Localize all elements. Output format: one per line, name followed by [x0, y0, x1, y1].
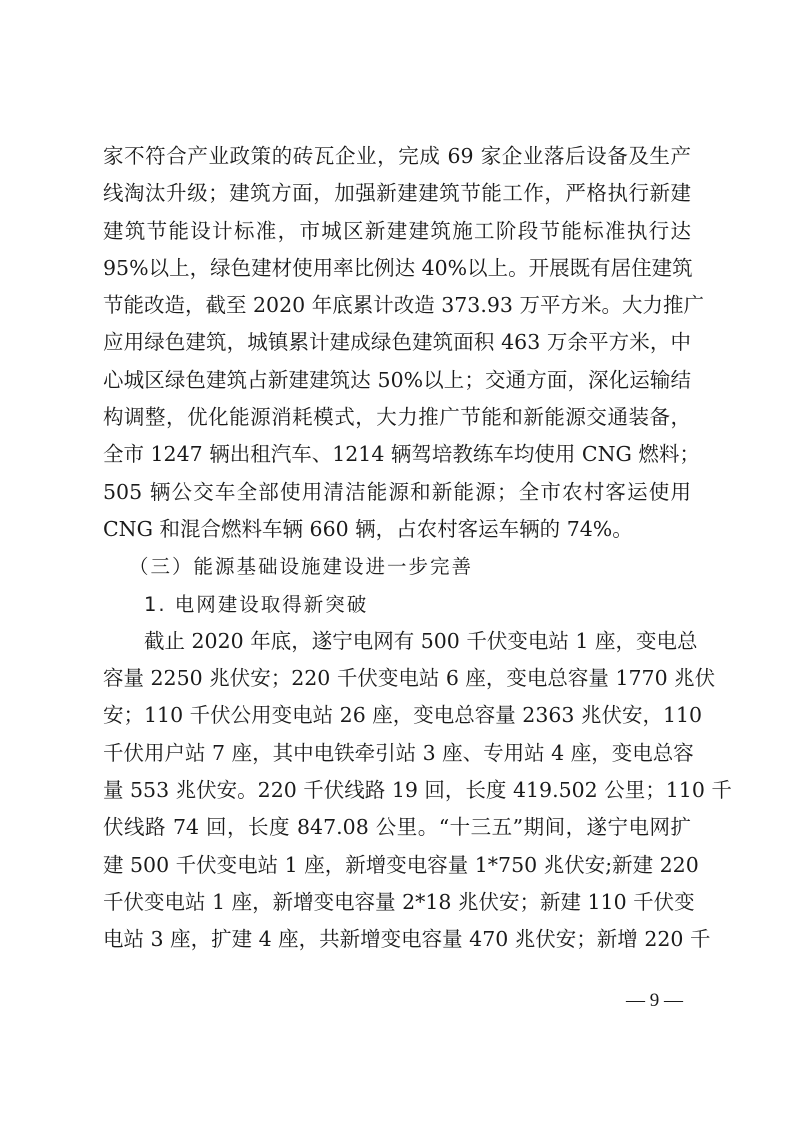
text-line: 千伏变电站 1 座，新增变电容量 2*18 兆伏安；新建 110 千伏变 — [103, 884, 691, 921]
text-line: 量 553 兆伏安。220 千伏线路 19 回，长度 419.502 公里；11… — [103, 772, 691, 809]
text-line: 容量 2250 兆伏安；220 千伏变电站 6 座，变电总容量 1770 兆伏 — [103, 660, 691, 697]
text-line: 截止 2020 年底，遂宁电网有 500 千伏变电站 1 座，变电总 — [103, 623, 691, 660]
text-line: 构调整，优化能源消耗模式，大力推广节能和新能源交通装备， — [103, 399, 691, 436]
body-paragraph: 截止 2020 年底，遂宁电网有 500 千伏变电站 1 座，变电总 容量 22… — [103, 623, 691, 959]
text-line: 节能改造，截至 2020 年底累计改造 373.93 万平方米。大力推广 — [103, 287, 691, 324]
text-line: 家不符合产业政策的砖瓦企业，完成 69 家企业落后设备及生产 — [103, 138, 691, 175]
text-line: 505 辆公交车全部使用清洁能源和新能源；全市农村客运使用 — [103, 474, 691, 511]
text-line: 建 500 千伏变电站 1 座，新增变电容量 1*750 兆伏安;新建 220 — [103, 847, 691, 884]
section-heading: （三）能源基础设施建设进一步完善 — [103, 548, 691, 585]
text-line: 电站 3 座，扩建 4 座，共新增变电容量 470 兆伏安；新增 220 千 — [103, 921, 691, 958]
text-line: 心城区绿色建筑占新建建筑达 50%以上；交通方面，深化运输结 — [103, 362, 691, 399]
text-line: 全市 1247 辆出租汽车、1214 辆驾培教练车均使用 CNG 燃料； — [103, 436, 691, 473]
page-number: — 9 — — [626, 990, 683, 1012]
text-line: 千伏用户站 7 座，其中电铁牵引站 3 座、专用站 4 座，变电总容 — [103, 735, 691, 772]
subsection-heading: 1. 电网建设取得新突破 — [103, 586, 691, 623]
text-line: CNG 和混合燃料车辆 660 辆，占农村客运车辆的 74%。 — [103, 511, 691, 548]
text-line: 安；110 千伏公用变电站 26 座，变电总容量 2363 兆伏安，110 — [103, 697, 691, 734]
body-paragraph: 家不符合产业政策的砖瓦企业，完成 69 家企业落后设备及生产 线淘汰升级；建筑方… — [103, 138, 691, 548]
text-line: 应用绿色建筑，城镇累计建成绿色建筑面积 463 万余平方米，中 — [103, 324, 691, 361]
text-line: 95%以上，绿色建材使用率比例达 40%以上。开展既有居住建筑 — [103, 250, 691, 287]
text-line: 线淘汰升级；建筑方面，加强新建建筑节能工作，严格执行新建 — [103, 175, 691, 212]
text-line: 伏线路 74 回，长度 847.08 公里。“十三五”期间，遂宁电网扩 — [103, 809, 691, 846]
text-line: 建筑节能设计标准，市城区新建建筑施工阶段节能标准执行达 — [103, 213, 691, 250]
document-page: 家不符合产业政策的砖瓦企业，完成 69 家企业落后设备及生产 线淘汰升级；建筑方… — [103, 138, 691, 959]
